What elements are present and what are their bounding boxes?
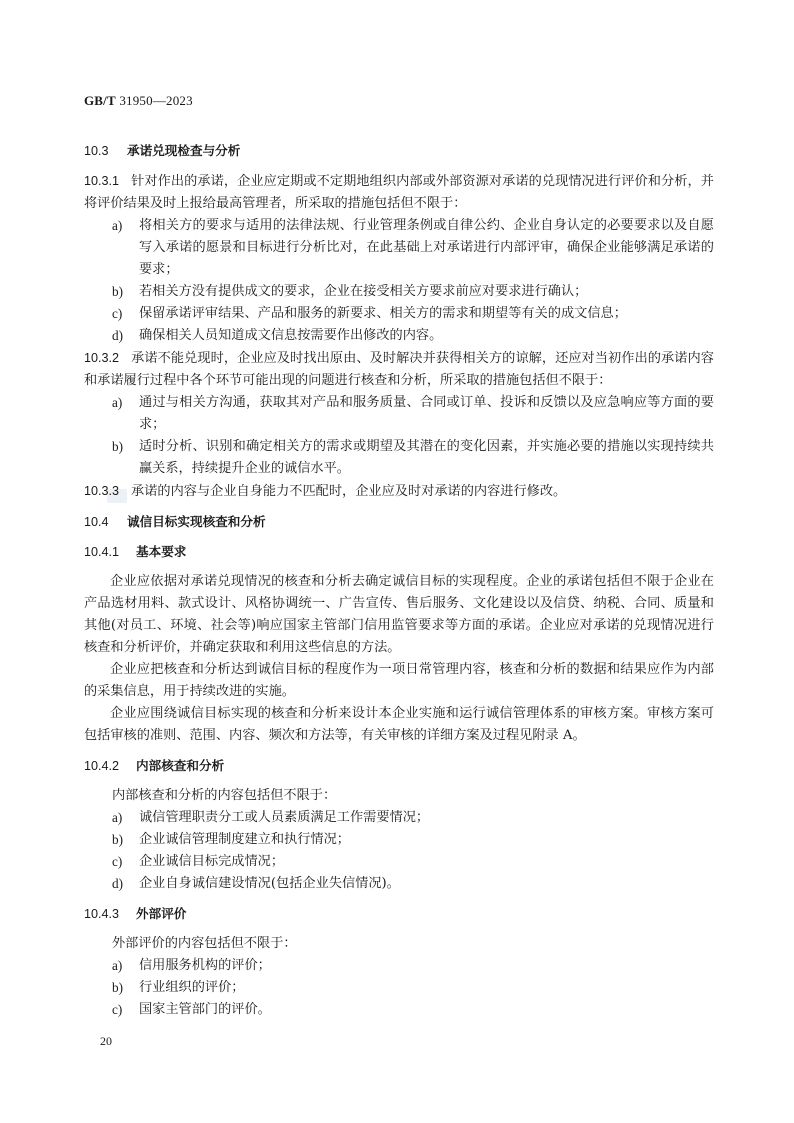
list-marker: b)	[112, 436, 123, 458]
list-item-text: 适时分析、识别和确定相关方的需求或期望及其潜在的变化因素，并实施必要的措施以实现…	[139, 439, 714, 476]
section-title: 诚信目标实现核查和分析	[127, 514, 266, 529]
section-heading-10-4: 10.4诚信目标实现核查和分析	[84, 511, 714, 533]
list-item-text: 诚信管理职责分工或人员素质满足工作需要情况；	[139, 810, 429, 825]
list-item-text: 确保相关人员知道成文信息按需要作出修改的内容。	[139, 328, 442, 343]
section-title: 外部评价	[136, 906, 186, 921]
list-marker: a)	[112, 955, 122, 977]
standard-header: GB/T 31950—2023	[84, 93, 193, 109]
list-marker: d)	[112, 873, 123, 895]
section-title: 承诺兑现检查与分析	[127, 143, 240, 158]
clause-10-3-2: 10.3.2承诺不能兑现时，企业应及时找出原由、及时解决并获得相关方的谅解，还应…	[84, 347, 714, 392]
list-item-text: 国家主管部门的评价。	[139, 1002, 271, 1017]
list-item: b)适时分析、识别和确定相关方的需求或期望及其潜在的变化因素，并实施必要的措施以…	[84, 436, 714, 480]
clause-10-3-1: 10.3.1针对作出的承诺，企业应定期或不定期地组织内部或外部资源对承诺的兑现情…	[84, 170, 714, 215]
list-item: a)通过与相关方沟通，获取其对产品和服务质量、合同或订单、投诉和反馈以及应急响应…	[84, 392, 714, 436]
section-number: 10.4.2	[84, 755, 136, 777]
clause-10-3-2-list: a)通过与相关方沟通，获取其对产品和服务质量、合同或订单、投诉和反馈以及应急响应…	[84, 392, 714, 480]
section-number: 10.4.3	[84, 903, 136, 925]
document-page: GB/T 31950—2023 10.3承诺兑现检查与分析 10.3.1针对作出…	[0, 0, 794, 1123]
clause-10-4-3-list: a)信用服务机构的评价； b)行业组织的评价； c)国家主管部门的评价。	[84, 955, 714, 1021]
clause-10-3-3: 10.3.3承诺的内容与企业自身能力不匹配时，企业应及时对承诺的内容进行修改。	[84, 480, 714, 503]
clause-text: 承诺不能兑现时，企业应及时找出原由、及时解决并获得相关方的谅解，还应对当初作出的…	[84, 351, 714, 388]
list-item-text: 企业诚信管理制度建立和执行情况；	[139, 832, 350, 847]
section-number: 10.3	[84, 140, 127, 162]
clause-number: 10.3.2	[84, 351, 119, 365]
list-marker: b)	[112, 977, 123, 999]
section-heading-10-3: 10.3承诺兑现检查与分析	[84, 140, 714, 162]
list-marker: d)	[112, 325, 123, 347]
standard-number: 31950—2023	[119, 93, 193, 108]
section-heading-10-4-2: 10.4.2内部核查和分析	[84, 755, 714, 777]
section-title: 基本要求	[136, 544, 186, 559]
document-body: 10.3承诺兑现检查与分析 10.3.1针对作出的承诺，企业应定期或不定期地组织…	[84, 140, 714, 1021]
page-number: 20	[100, 1034, 112, 1049]
clause-number: 10.3.3	[84, 484, 119, 498]
list-item-text: 若相关方没有提供成文的要求，企业在接受相关方要求前应对要求进行确认；	[139, 284, 587, 299]
clause-text: 针对作出的承诺，企业应定期或不定期地组织内部或外部资源对承诺的兑现情况进行评价和…	[84, 174, 714, 211]
list-item-text: 通过与相关方沟通，获取其对产品和服务质量、合同或订单、投诉和反馈以及应急响应等方…	[139, 395, 714, 432]
standard-id: GB/T	[84, 93, 116, 108]
list-lead-text: 内部核查和分析的内容包括但不限于：	[84, 785, 714, 807]
list-marker: a)	[112, 807, 122, 829]
clause-text: 承诺的内容与企业自身能力不匹配时，企业应及时对承诺的内容进行修改。	[131, 484, 566, 499]
list-marker: b)	[112, 281, 123, 303]
list-marker: b)	[112, 829, 123, 851]
list-lead-text: 外部评价的内容包括但不限于：	[84, 933, 714, 955]
list-item: d)确保相关人员知道成文信息按需要作出修改的内容。	[84, 325, 714, 347]
list-item-text: 行业组织的评价；	[139, 980, 245, 995]
clause-10-3-1-list: a)将相关方的要求与适用的法律法规、行业管理条例或自律公约、企业自身认定的必要要…	[84, 215, 714, 347]
clause-number: 10.3.1	[84, 174, 119, 188]
list-item: a)信用服务机构的评价；	[84, 955, 714, 977]
list-item: b)若相关方没有提供成文的要求，企业在接受相关方要求前应对要求进行确认；	[84, 281, 714, 303]
paragraph: 企业应把核查和分析达到诚信目标的程度作为一项日常管理内容，核查和分析的数据和结果…	[84, 659, 714, 703]
list-item-text: 企业自身诚信建设情况(包括企业失信情况)。	[139, 876, 400, 891]
list-item-text: 信用服务机构的评价；	[139, 958, 271, 973]
list-marker: a)	[112, 215, 122, 237]
list-marker: c)	[112, 303, 122, 325]
list-item-text: 企业诚信目标完成情况；	[139, 854, 284, 869]
list-item-text: 保留承诺评审结果、产品和服务的新要求、相关方的需求和期望等有关的成文信息；	[139, 306, 627, 321]
section-number: 10.4	[84, 511, 127, 533]
list-marker: c)	[112, 851, 122, 873]
list-item: b)企业诚信管理制度建立和执行情况；	[84, 829, 714, 851]
section-number: 10.4.1	[84, 541, 136, 563]
list-item: b)行业组织的评价；	[84, 977, 714, 999]
list-item: c)保留承诺评审结果、产品和服务的新要求、相关方的需求和期望等有关的成文信息；	[84, 303, 714, 325]
list-item: a)将相关方的要求与适用的法律法规、行业管理条例或自律公约、企业自身认定的必要要…	[84, 215, 714, 281]
list-item: c)国家主管部门的评价。	[84, 999, 714, 1021]
clause-10-4-2-list: a)诚信管理职责分工或人员素质满足工作需要情况； b)企业诚信管理制度建立和执行…	[84, 807, 714, 895]
list-marker: c)	[112, 999, 122, 1021]
section-heading-10-4-3: 10.4.3外部评价	[84, 903, 714, 925]
list-item: a)诚信管理职责分工或人员素质满足工作需要情况；	[84, 807, 714, 829]
list-marker: a)	[112, 392, 122, 414]
list-item: d)企业自身诚信建设情况(包括企业失信情况)。	[84, 873, 714, 895]
paragraph: 企业应围绕诚信目标实现的核查和分析来设计本企业实施和运行诚信管理体系的审核方案。…	[84, 703, 714, 747]
section-heading-10-4-1: 10.4.1基本要求	[84, 541, 714, 563]
paragraph: 企业应依据对承诺兑现情况的核查和分析去确定诚信目标的实现程度。企业的承诺包括但不…	[84, 571, 714, 659]
section-title: 内部核查和分析	[136, 758, 224, 773]
list-item-text: 将相关方的要求与适用的法律法规、行业管理条例或自律公约、企业自身认定的必要要求以…	[139, 218, 714, 277]
list-item: c)企业诚信目标完成情况；	[84, 851, 714, 873]
